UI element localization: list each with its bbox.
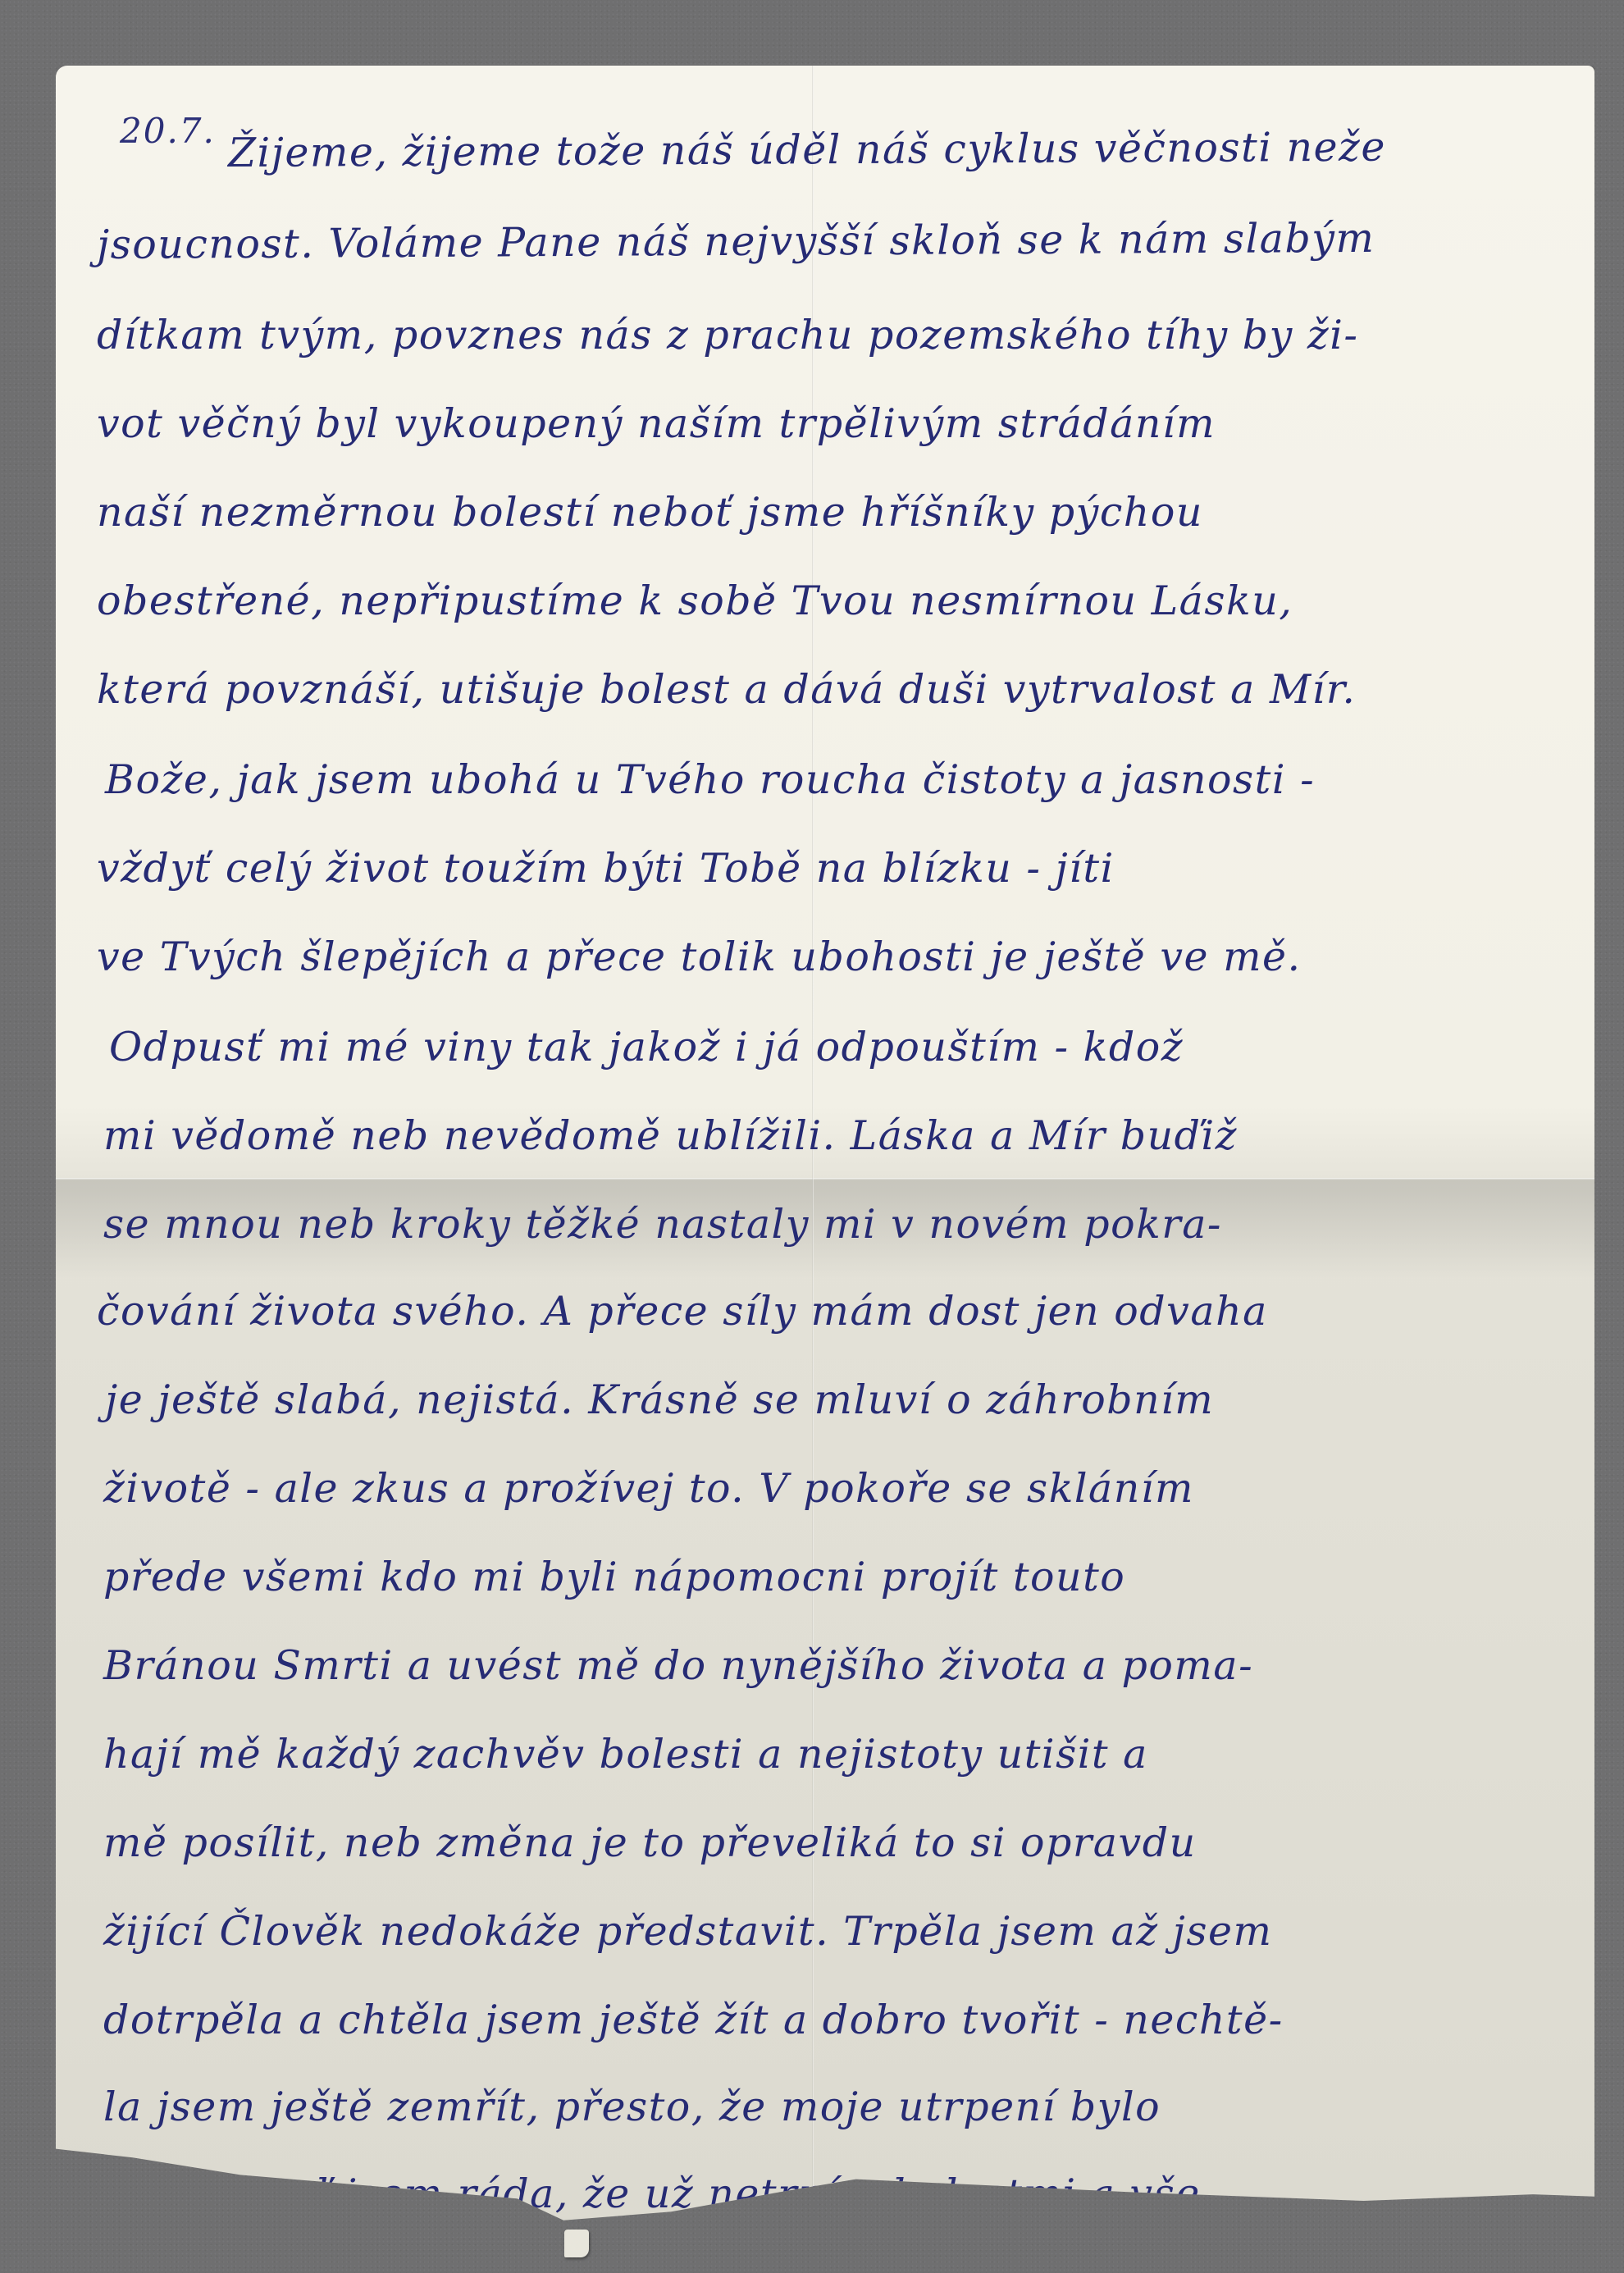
text-line-21: žijící Člověk nedokáže představit. Trpěl… [103,1908,1273,1955]
text-line-6: obestřené, nepřipustíme k sobě Tvou nesm… [97,577,1293,624]
text-line-14: čování života svého. A přece síly mám do… [97,1288,1268,1335]
text-line-12: mi vědomě neb nevědomě ublížili. Láska a… [103,1112,1238,1159]
text-line-5: naší nezměrnou bolestí neboť jsme hříšní… [97,489,1203,536]
text-line-2: jsoucnost. Voláme Pane náš nejvyšší sklo… [97,215,1375,268]
text-line-16: životě - ale zkus a prožívej to. V pokoř… [103,1465,1194,1512]
text-line-15: je ještě slabá, nejistá. Krásně se mluví… [105,1376,1214,1423]
handwritten-text: 20.7. Žijeme, žijeme tože náš úděl náš c… [56,66,1594,2231]
text-line-1: Žijeme, žijeme tože náš úděl náš cyklus … [228,124,1386,176]
text-line-22: dotrpěla a chtěla jsem ještě žít a dobro… [103,1997,1284,2043]
text-line-24: veliké. Teď jsem ráda, že už netrpím bol… [97,2170,1201,2217]
text-line-11: Odpusť mi mé viny tak jakož i já odpoušt… [109,1024,1184,1070]
text-line-3: dítkam tvým, povznes nás z prachu pozems… [97,312,1358,358]
text-line-20: mě posílit, neb změna je to převeliká to… [103,1819,1197,1866]
text-line-19: hají mě každý zachvěv bolesti a nejistot… [103,1731,1148,1778]
text-line-4: vot věčný byl vykoupený naším trpělivým … [97,400,1216,447]
photo-of-letter: 20.7. Žijeme, žijeme tože náš úděl náš c… [0,0,1624,2273]
text-line-7: která povznáší, utišuje bolest a dává du… [97,666,1356,713]
text-line-8: Bože, jak jsem ubohá u Tvého roucha čist… [105,756,1315,803]
text-line-10: ve Tvých šlepějích a přece tolik ubohost… [97,933,1302,980]
letter-date: 20.7. [120,111,216,151]
text-line-18: Bránou Smrti a uvést mě do nynějšího živ… [103,1642,1253,1689]
text-line-9: vždyť celý život toužím býti Tobě na blí… [97,845,1115,892]
torn-paper-tab [564,2230,589,2257]
text-line-23: la jsem ještě zemřít, přesto, že moje ut… [103,2084,1161,2130]
text-line-13: se mnou neb kroky těžké nastaly mi v nov… [103,1201,1222,1248]
letter-paper: 20.7. Žijeme, žijeme tože náš úděl náš c… [56,66,1594,2231]
text-line-17: přede všemi kdo mi byli nápomocni projít… [103,1554,1125,1600]
